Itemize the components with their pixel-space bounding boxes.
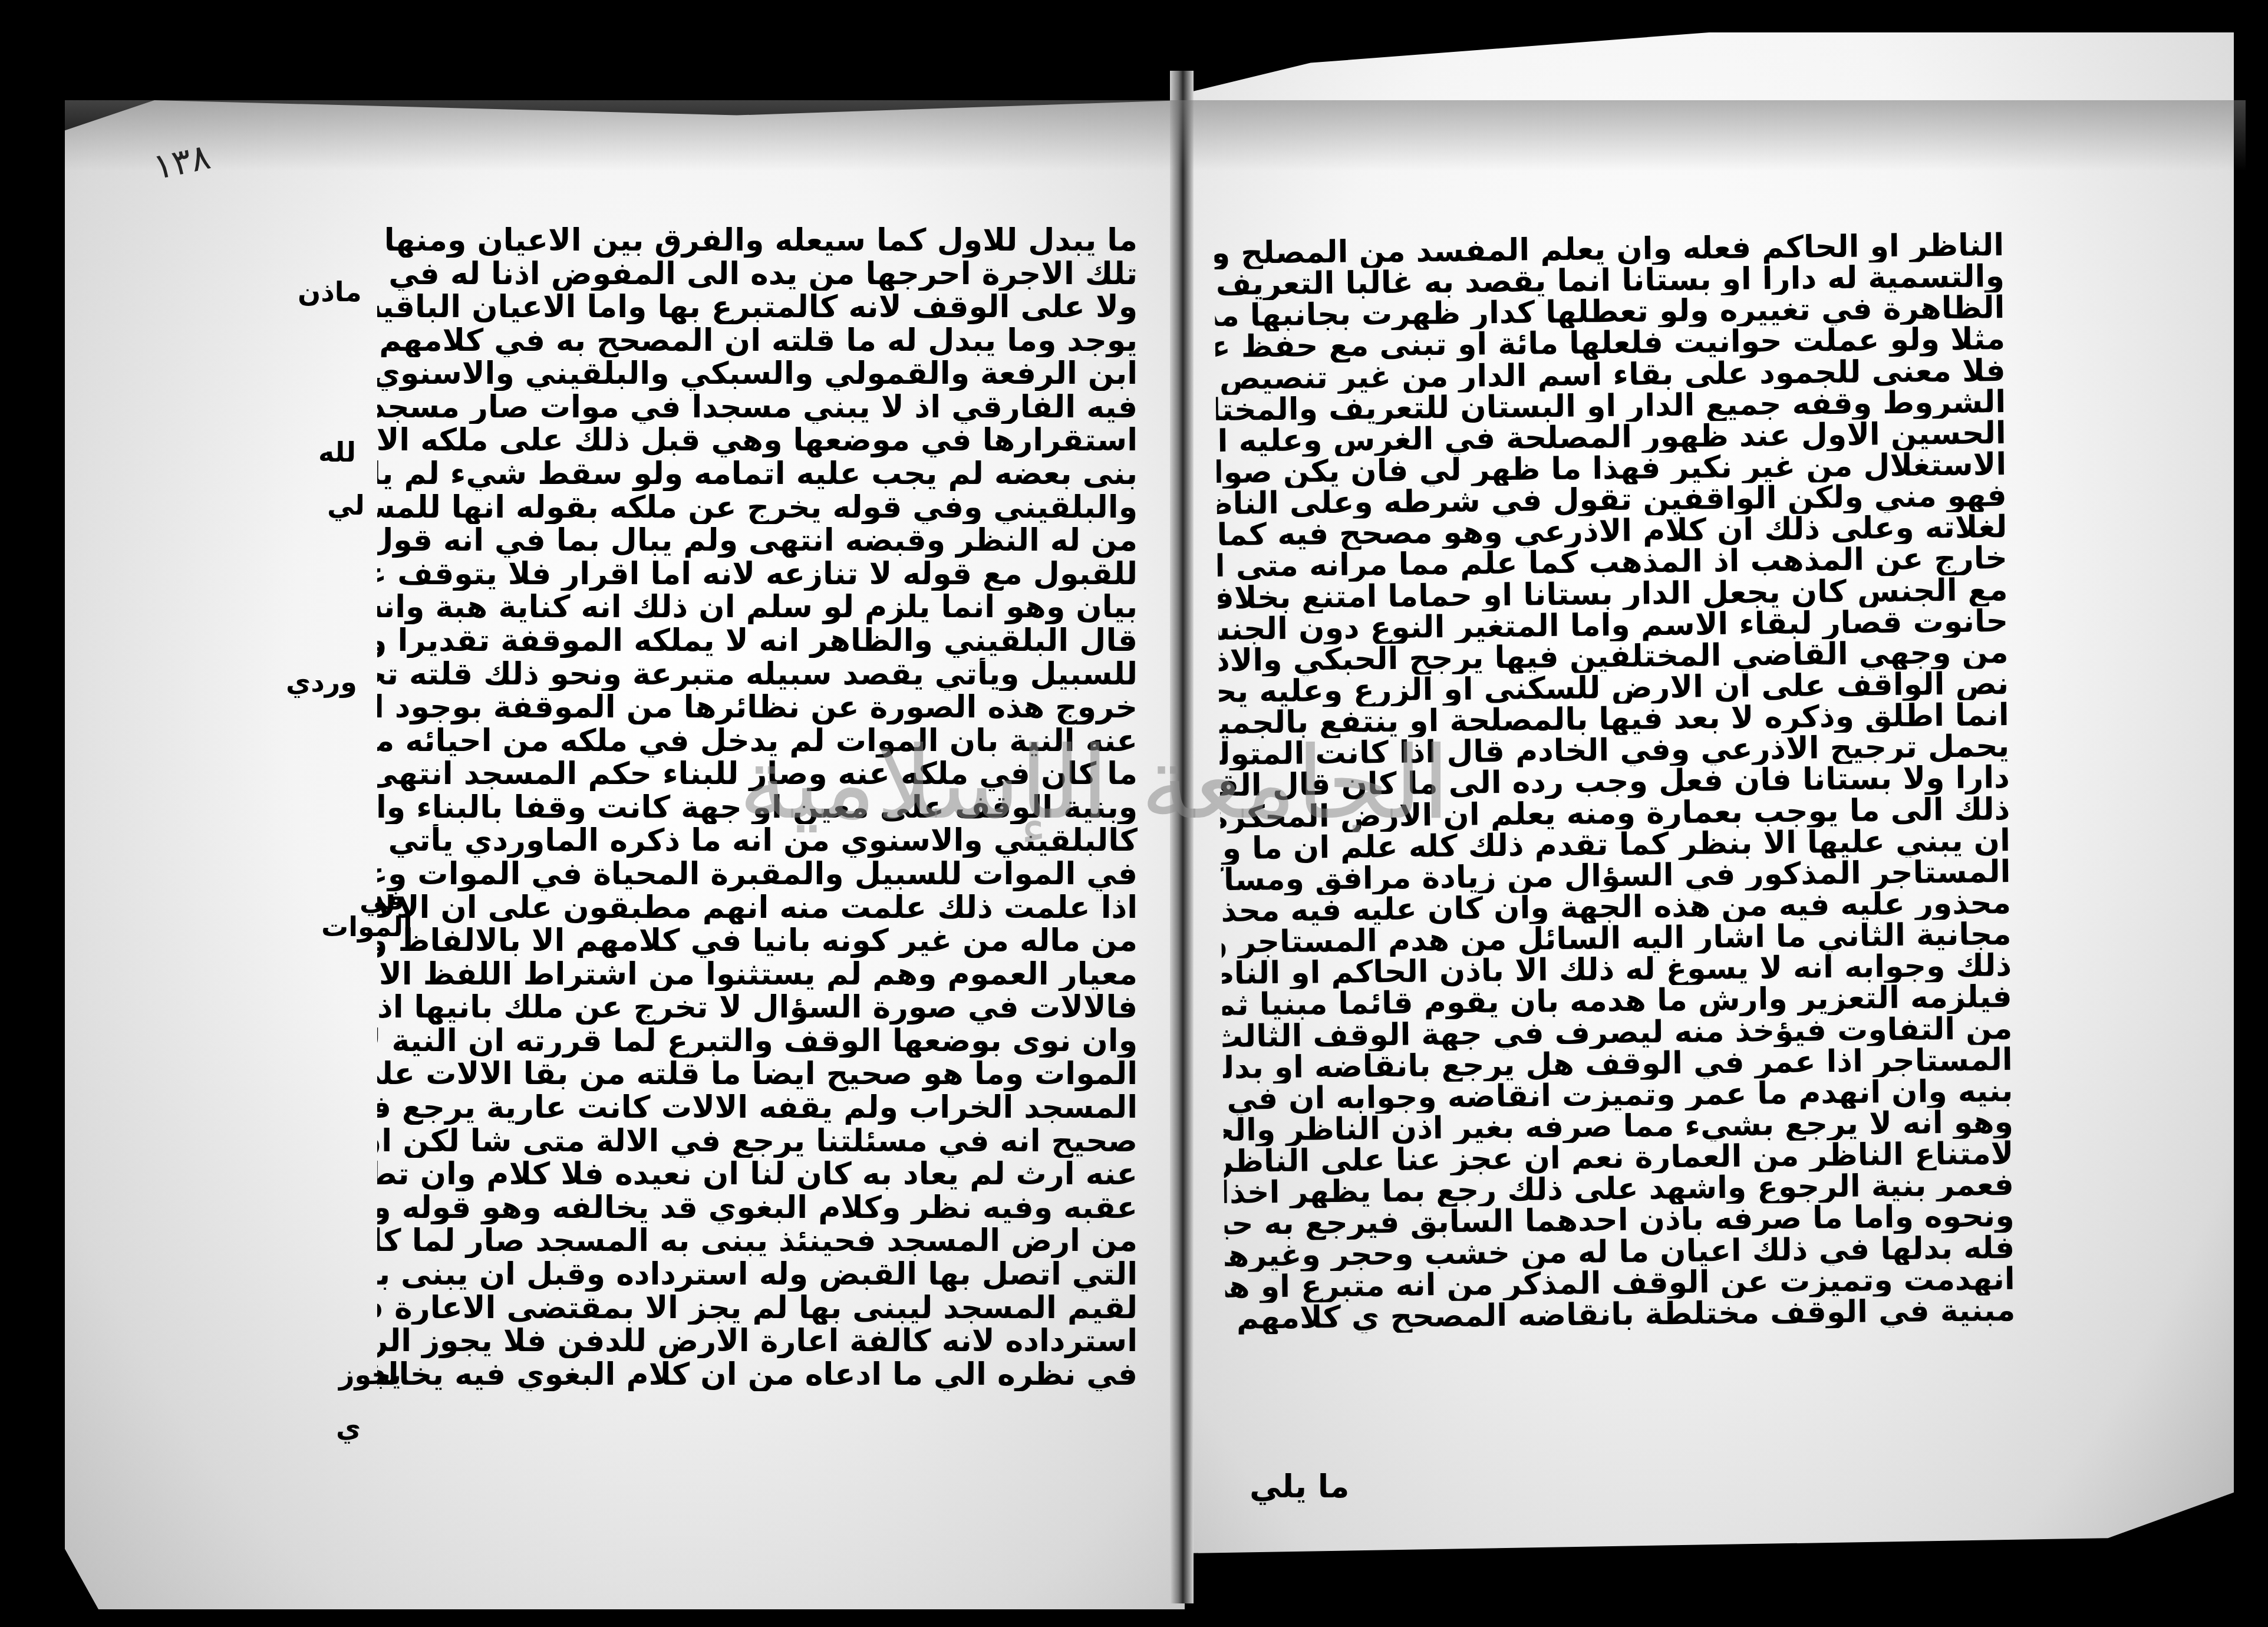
manuscript-line: قال البلقيني والظاهر انه لا يملكه الموقف… xyxy=(377,624,1138,658)
manuscript-line: بيان وهو انما يلزم لو سلم ان ذلك انه كنا… xyxy=(377,591,1138,624)
manuscript-line: من ماله من غير كونه بانيا في كلامهم الا … xyxy=(377,924,1138,958)
book-spine xyxy=(1170,71,1194,1603)
manuscript-line: فيه الفارقي اذ لا يبني مسجدا في موات صار… xyxy=(377,391,1138,424)
manuscript-line: ما يبدل للاول كما سيعله والفرق بين الاعي… xyxy=(377,224,1138,258)
manuscript-line: فالالات في صورة السؤال لا تخرج عن ملك با… xyxy=(377,991,1138,1025)
manuscript-line: وبنية الوقف على معين او جهة كانت وقفا با… xyxy=(377,791,1138,825)
manuscript-line: من له النظر وقبضه انتهى ولم يبال بما في … xyxy=(377,524,1138,558)
margin-note: ماذن xyxy=(298,276,362,308)
manuscript-line: صحيح انه في مسئلتنا يرجع في الالة متى شا… xyxy=(377,1125,1138,1158)
catchword: ما يلي xyxy=(1250,1468,1349,1505)
right-page-text: الناظر او الحاكم فعله وان يعلم المفسد من… xyxy=(1214,230,2015,1335)
manuscript-line: ما كان في ملكه عنه وصار للبناء حكم المسج… xyxy=(377,757,1138,791)
manuscript-line: ابن الرفعة والقمولي والسبكي والبلقيني وا… xyxy=(377,357,1138,391)
margin-note: الموات xyxy=(321,911,413,943)
manuscript-spread: ١٣٨ ما يبدل للاول كما سيعله والفرق بين ا… xyxy=(0,0,2268,1627)
manuscript-line: كالبلقيني والاسنوي من انه ما ذكره الماور… xyxy=(377,824,1138,858)
manuscript-line: في نظره الي ما ادعاه من ان كلام البغوي ف… xyxy=(377,1358,1138,1392)
margin-note: ي xyxy=(336,1412,361,1444)
manuscript-line: وان نوى بوضعها الوقف والتبرع لما قررته ا… xyxy=(377,1025,1138,1058)
manuscript-line: يوجد وما يبدل له ما قلته ان المصحح به في… xyxy=(377,324,1138,358)
manuscript-line: الموات وما هو صحيح ايضا ما قلته من بقا ا… xyxy=(377,1058,1138,1091)
manuscript-line: المسجد الخراب ولم يقفه الالات كانت عارية… xyxy=(377,1091,1138,1125)
manuscript-line: لقيم المسجد ليبنى بها لم يجز الا بمقتضى … xyxy=(377,1292,1138,1325)
margin-note: لله xyxy=(318,436,356,468)
manuscript-line: خروج هذه الصورة عن نظائرها من الموقفة بو… xyxy=(377,691,1138,724)
manuscript-line: عنه ارث لم يعاد به كان لنا ان نعيده فلا … xyxy=(377,1158,1138,1191)
left-page-text: ما يبدل للاول كما سيعله والفرق بين الاعي… xyxy=(377,224,1138,1391)
manuscript-line: استرداده لانه كالفة اعارة الارض للدفن فل… xyxy=(377,1325,1138,1358)
margin-note: لي xyxy=(327,489,365,521)
manuscript-line: معيار العموم وهم لم يستثنوا من اشتراط ال… xyxy=(377,958,1138,992)
manuscript-line: عنه النية بان الموات لم يدخل في ملكه من … xyxy=(377,724,1138,758)
manuscript-line: للسبيل ويأتي يقصد سبيله متبرعة ونحو ذلك … xyxy=(377,658,1138,691)
manuscript-line: من ارض المسجد فحينئذ يبنى به المسجد صار … xyxy=(377,1224,1138,1258)
manuscript-line: استقرارها في موضعها وهي قبل ذلك على ملكه… xyxy=(377,424,1138,457)
manuscript-line: اذا علمت ذلك علمت منه انهم مطبقون على ان… xyxy=(377,891,1138,925)
manuscript-line: للقبول مع قوله لا تنازعه لانه اما اقرار … xyxy=(377,558,1138,591)
manuscript-line: ولا على الوقف لانه كالمتبرع بها واما الا… xyxy=(377,291,1138,324)
margin-note: وردي xyxy=(286,666,357,698)
manuscript-line: بنى بعضه لم يجب عليه اتمامه ولو سقط شيء … xyxy=(377,457,1138,491)
manuscript-line: في الموات للسبيل والمقبرة المحياة في الم… xyxy=(377,858,1138,891)
manuscript-line: تلك الاجرة احرجها من يده الى المفوض اذنا… xyxy=(377,258,1138,291)
manuscript-line: التي اتصل بها القبض وله استرداده وقبل ان… xyxy=(377,1258,1138,1292)
manuscript-line: عقبه وفيه نظر وكلام البغوي قد يخالفه وهو… xyxy=(377,1191,1138,1225)
margin-note: يجوز xyxy=(339,1359,401,1391)
manuscript-line: والبلقيني وفي قوله يخرج عن ملكه بقوله ان… xyxy=(377,491,1138,525)
